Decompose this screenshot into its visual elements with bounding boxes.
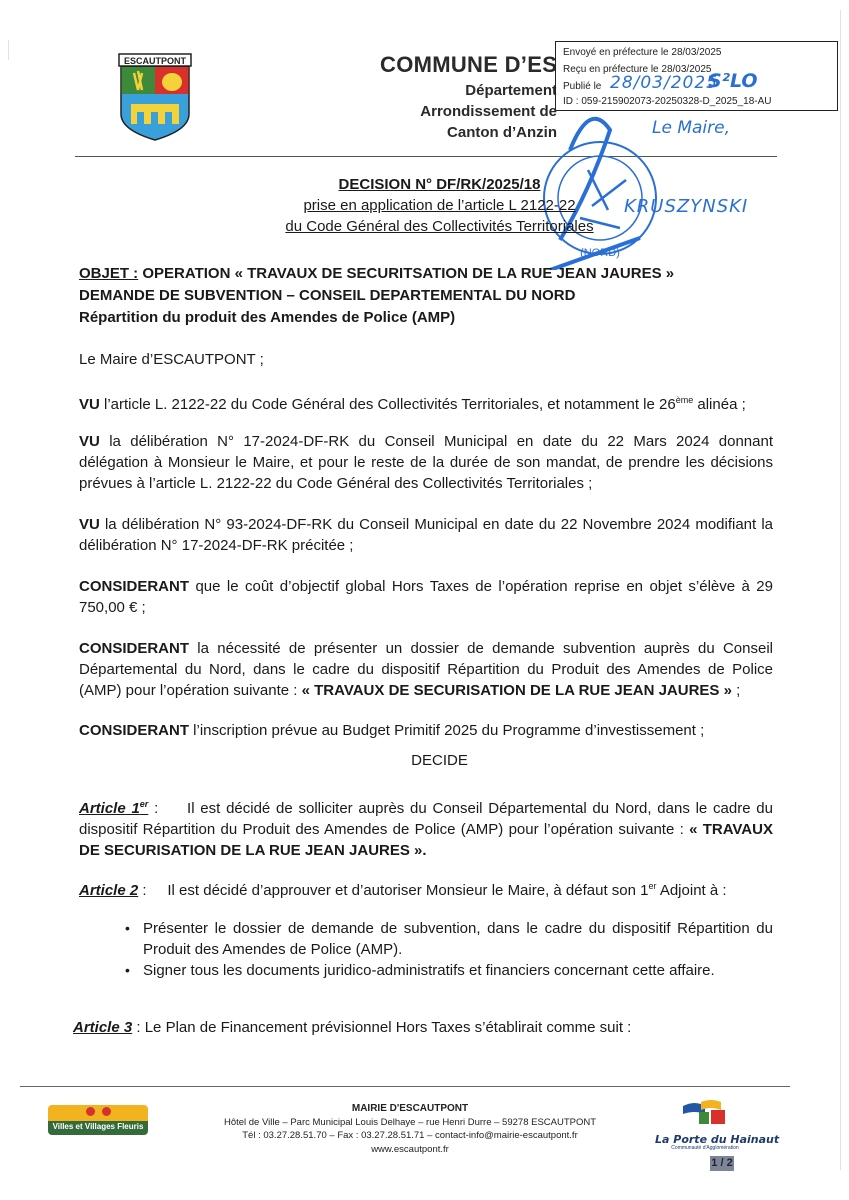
article-2: Article 2 : Il est décidé d’approuver et…	[79, 876, 773, 901]
svg-text:ESCAUTPONT: ESCAUTPONT	[124, 56, 187, 66]
article-2-label: Article 2	[79, 882, 138, 899]
published-handwritten-date: 28/03/2025	[610, 73, 718, 93]
header-canton: Canton d’Anzin	[447, 124, 557, 141]
porte-du-hainaut-logo: La Porte du Hainaut Communauté d'Agglomé…	[655, 1098, 755, 1151]
flower-icon	[86, 1107, 95, 1116]
footer-divider	[20, 1086, 790, 1087]
commune-title: COMMUNE D’ES	[380, 52, 557, 78]
objet-line-3: Répartition du produit des Amendes de Po…	[79, 307, 773, 328]
published-label: Publié le	[563, 81, 601, 92]
decision-subtitle: du Code Général des Collectivités Territ…	[0, 218, 849, 235]
act-id: ID : 059-215902073-20250328-D_2025_18-AU	[563, 96, 772, 107]
decision-title: DECISION N° DF/RK/2025/18	[0, 176, 849, 193]
vu-paragraph: VU l’article L. 2122-22 du Code Général …	[79, 390, 773, 415]
header-arrondissement: Arrondissement de	[420, 103, 557, 120]
article-2-bullet: Présenter le dossier de demande de subve…	[143, 918, 773, 960]
considerant-paragraph: CONSIDERANT que le coût d’objectif globa…	[79, 576, 773, 618]
decide-heading: DECIDE	[0, 752, 849, 769]
article-3: Article 3 : Le Plan de Financement prévi…	[73, 1017, 767, 1038]
footer-website: www.escautpont.fr	[200, 1143, 620, 1157]
article-3-label: Article 3	[73, 1019, 132, 1036]
escautpont-crest-logo: ESCAUTPONT	[117, 52, 193, 142]
considerant-paragraph: CONSIDERANT la nécessité de présenter un…	[79, 638, 773, 701]
scan-edge	[8, 40, 9, 60]
intro: Le Maire d’ESCAUTPONT ;	[79, 349, 773, 370]
footer-address: Hôtel de Ville – Parc Municipal Louis De…	[200, 1116, 620, 1130]
footer-org: MAIRIE D'ESCAUTPONT	[200, 1102, 620, 1116]
article-1: Article 1er : Il est décidé de sollicite…	[79, 794, 773, 861]
signature-role: Le Maire,	[652, 118, 730, 138]
vu-paragraph: VU la délibération N° 17-2024-DF-RK du C…	[79, 431, 773, 494]
header-divider	[75, 156, 777, 157]
article-1-label: Article 1er	[79, 800, 148, 817]
document-page: ESCAUTPONT COMMUNE D’ES Département Arro…	[0, 0, 849, 1200]
header-departement: Département	[465, 82, 557, 99]
article-2-bullet: Signer tous les documents juridico-admin…	[143, 960, 773, 981]
objet-line-1: OBJET : OPERATION « TRAVAUX DE SECURITSA…	[79, 263, 773, 284]
porte-du-hainaut-flag-icon	[675, 1098, 735, 1126]
slo-mark: S²LO	[708, 70, 758, 92]
objet-line-2: DEMANDE DE SUBVENTION – CONSEIL DEPARTEM…	[79, 285, 773, 306]
vu-paragraph: VU la délibération N° 93-2024-DF-RK du C…	[79, 514, 773, 556]
footer-address-block: MAIRIE D'ESCAUTPONT Hôtel de Ville – Par…	[200, 1102, 620, 1156]
objet-label: OBJET :	[79, 265, 138, 282]
sent-date: Envoyé en préfecture le 28/03/2025	[563, 47, 721, 58]
villes-villages-fleuris-logo: Villes et Villages Fleuris	[48, 1105, 148, 1135]
page-number: 1 / 2	[710, 1156, 734, 1171]
decision-subtitle: prise en application de l’article L 2122…	[0, 197, 849, 214]
flower-icon	[102, 1107, 111, 1116]
footer-contact: Tél : 03.27.28.51.70 – Fax : 03.27.28.51…	[200, 1129, 620, 1143]
svg-text:(NORD): (NORD)	[580, 247, 620, 259]
considerant-paragraph: CONSIDERANT l’inscription prévue au Budg…	[79, 720, 773, 741]
